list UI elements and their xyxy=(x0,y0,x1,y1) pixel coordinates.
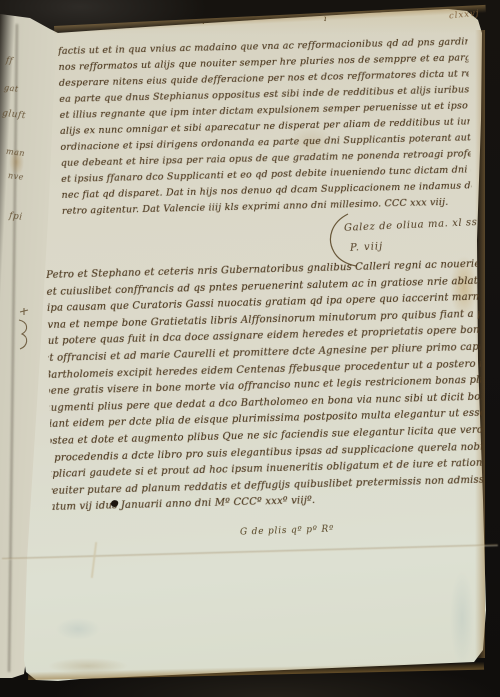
blue-smudge xyxy=(450,570,474,666)
register-entry-2: Petro et Stephano et ceteris nris Gubern… xyxy=(46,257,484,517)
prev-page-text-fragment: nve xyxy=(8,171,25,182)
faint-stain xyxy=(48,658,128,674)
manuscript-photo: ff gat gluft man nve fpi . ı clxxvj fact… xyxy=(0,0,500,697)
prev-page-text-fragment: fpi xyxy=(8,211,23,223)
register-entry-1: factis ut et in qua vnius ac madaino que… xyxy=(58,34,472,220)
prev-page-text-fragment: ff xyxy=(5,56,13,66)
blue-smudge xyxy=(56,618,100,640)
prev-page-text-fragment: gat xyxy=(4,83,20,94)
margin-nota-mark-icon xyxy=(16,308,34,352)
ink-dot: . xyxy=(202,17,205,26)
notary-subscription: P. viij xyxy=(350,241,384,254)
